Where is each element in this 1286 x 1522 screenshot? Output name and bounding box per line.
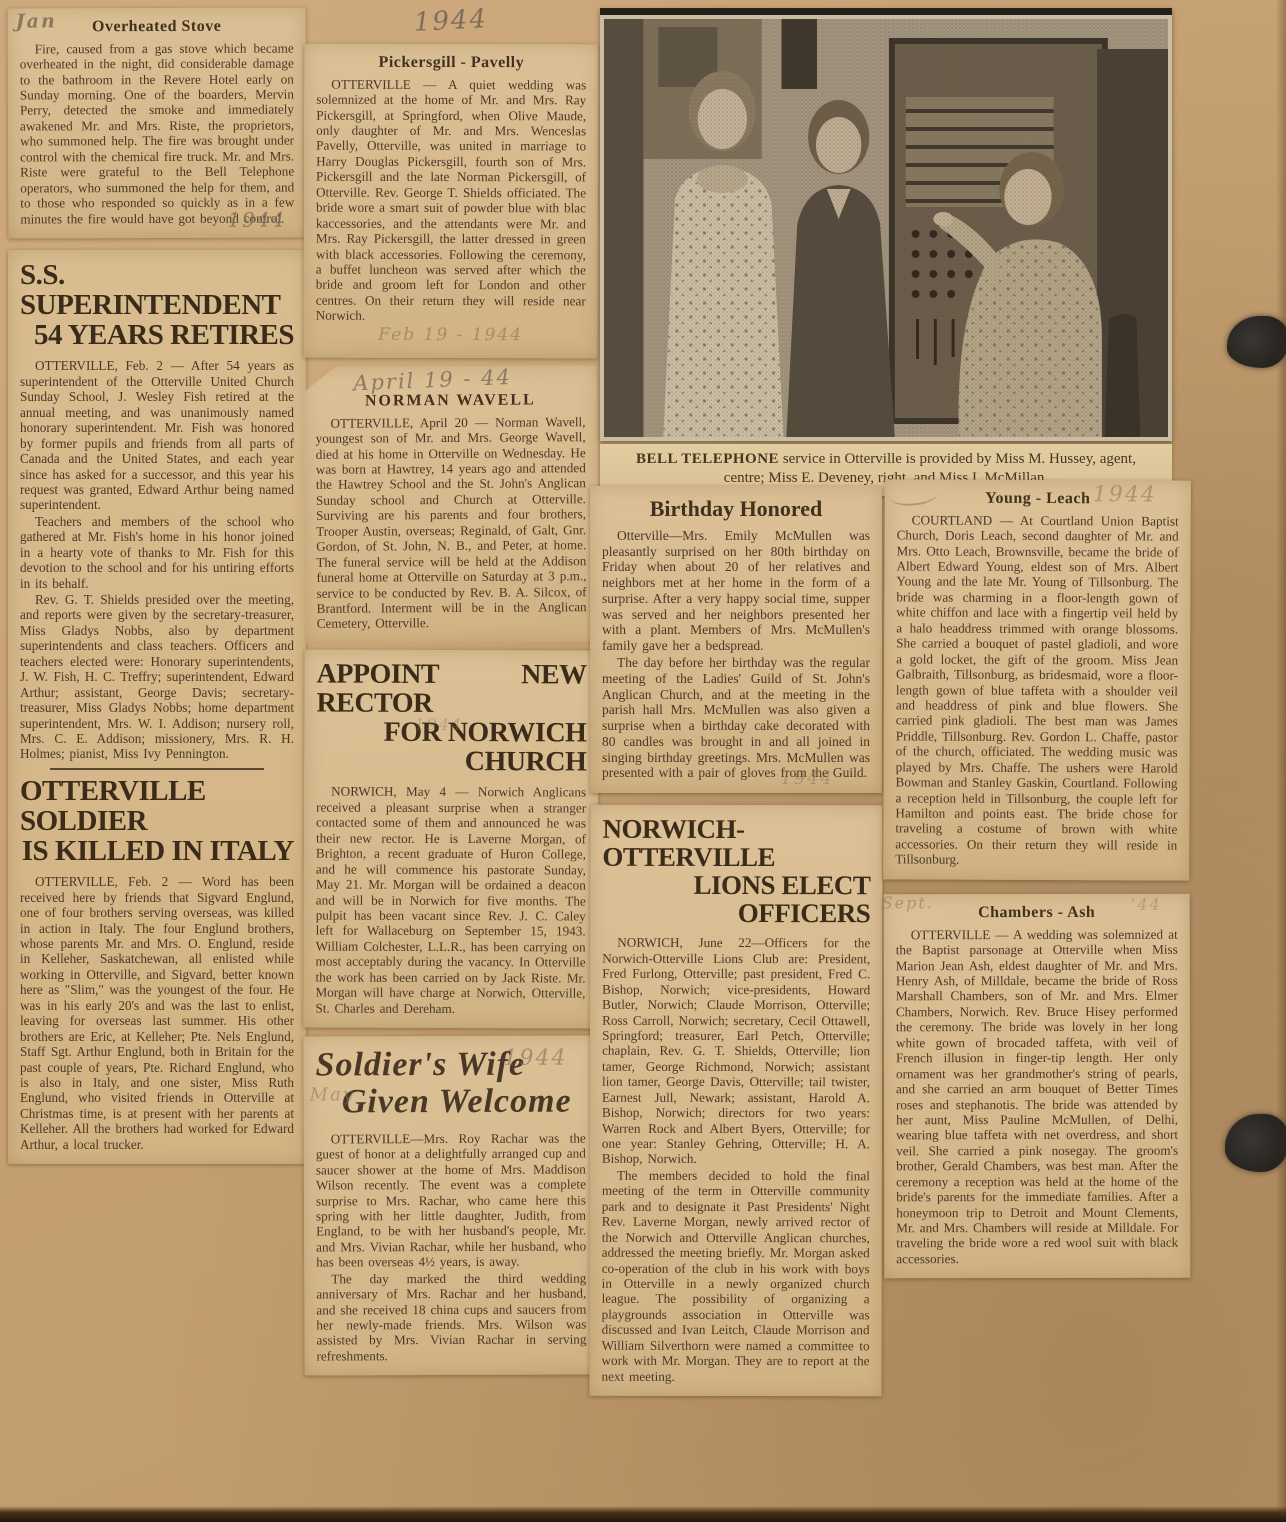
photo-clipping: BELL TELEPHONE service in Otterville is …: [600, 8, 1172, 496]
article-paragraph: OTTERVILLE, April 20 — Norman Wavell, yo…: [315, 413, 586, 631]
article-headline: S.S. SUPERINTENDENT 54 YEARS RETIRES: [20, 260, 294, 350]
page-edge-shadow: [1276, 0, 1286, 1522]
article-title: Young - Leach: [897, 489, 1179, 509]
handwritten-date-note: Feb 19 - 1944: [316, 325, 586, 346]
column-middle-right: Birthday Honored Otterville—Mrs. Emily M…: [590, 486, 882, 1396]
column-middle-left: 1944 Pickersgill - Pavelly OTTERVILLE — …: [304, 6, 598, 1376]
article-paragraph: NORWICH, June 22—Officers for the Norwic…: [602, 935, 870, 1167]
article-headline: NORWICH-OTTERVILLE LIONS ELECT OFFICERS: [602, 815, 870, 928]
article-headline: APPOINT NEW RECTOR FOR NORWICH CHURCH: [316, 660, 586, 777]
clipping-birthday-honored: Birthday Honored Otterville—Mrs. Emily M…: [590, 486, 882, 793]
handwritten-year-heading: 1944: [303, 0, 598, 44]
clipping-soldiers-wife: 1944 May Soldier's Wife Given Welcome OT…: [303, 1036, 598, 1376]
clipping-pickersgill-pavelly: Pickersgill - Pavelly OTTERVILLE — A qui…: [304, 44, 599, 358]
article-paragraph: The day before her birthday was the regu…: [602, 655, 870, 781]
photo-caption-lead: BELL TELEPHONE: [636, 451, 779, 467]
article-paragraph: OTTERVILLE, Feb. 2 — Word has been recei…: [20, 874, 294, 1152]
scrapbook-page: Jan Overheated Stove Fire, caused from a…: [0, 0, 1286, 1522]
clipping-appoint-rector: APPOINT NEW RECTOR FOR NORWICH CHURCH 19…: [303, 650, 598, 1029]
clipping-young-leach: Young - Leach 1944 COURTLAND — At Courtl…: [883, 479, 1191, 880]
article-paragraph: OTTERVILLE—Mrs. Roy Rachar was the guest…: [316, 1131, 586, 1271]
article-paragraph: Fire, caused from a gas stove which beca…: [20, 40, 295, 226]
clipping-norman-wavell: April 19 - 44 NORMAN WAVELL OTTERVILLE, …: [303, 365, 599, 644]
column-left: Jan Overheated Stove Fire, caused from a…: [8, 8, 306, 1164]
column-right: Young - Leach 1944 COURTLAND — At Courtl…: [884, 480, 1190, 1278]
article-paragraph: Otterville—Mrs. Emily McMullen was pleas…: [602, 528, 870, 654]
photo-frame: [600, 8, 1172, 441]
article-title: Birthday Honored: [602, 496, 870, 522]
clipping-chambers-ash: Sept. Chambers - Ash '44 OTTERVILLE — A …: [884, 894, 1191, 1279]
article-paragraph: COURTLAND — At Courtland Union Baptist C…: [895, 512, 1179, 868]
clipping-ss-superintendent: S.S. SUPERINTENDENT 54 YEARS RETIRES OTT…: [8, 250, 306, 1164]
article-paragraph: Teachers and members of the school who g…: [20, 514, 294, 591]
article-title: NORMAN WAVELL: [315, 391, 585, 411]
page-bottom-edge: [0, 1506, 1286, 1522]
handwritten-month-note: Jan: [16, 10, 57, 32]
article-paragraph: NORWICH, May 4 — Norwich Anglicans recei…: [315, 784, 586, 1017]
article-paragraph: The day marked the third wedding anniver…: [316, 1271, 586, 1365]
article-paragraph: OTTERVILLE — A wedding was solemnized at…: [896, 926, 1179, 1266]
article-title: Pickersgill - Pavelly: [316, 54, 586, 73]
clipping-overheated-stove: Jan Overheated Stove Fire, caused from a…: [8, 7, 307, 238]
switchboard-operators-photo: [604, 19, 1168, 437]
divider-rule: [50, 768, 264, 770]
article-paragraph: Rev. G. T. Shields presided over the mee…: [20, 592, 294, 762]
article-headline: OTTERVILLE SOLDIER IS KILLED IN ITALY: [20, 776, 294, 866]
article-paragraph: OTTERVILLE — A quiet wedding was solemni…: [316, 76, 587, 324]
article-headline: Soldier's Wife Given Welcome: [315, 1046, 585, 1122]
article-paragraph: OTTERVILLE, Feb. 2 — After 54 years as s…: [20, 358, 294, 512]
article-title: Jan Overheated Stove: [20, 18, 294, 38]
article-paragraph: The members decided to hold the final me…: [602, 1168, 870, 1385]
clipping-lions-elect-officers: NORWICH-OTTERVILLE LIONS ELECT OFFICERS …: [589, 805, 882, 1397]
article-title: Chambers - Ash: [896, 904, 1178, 923]
